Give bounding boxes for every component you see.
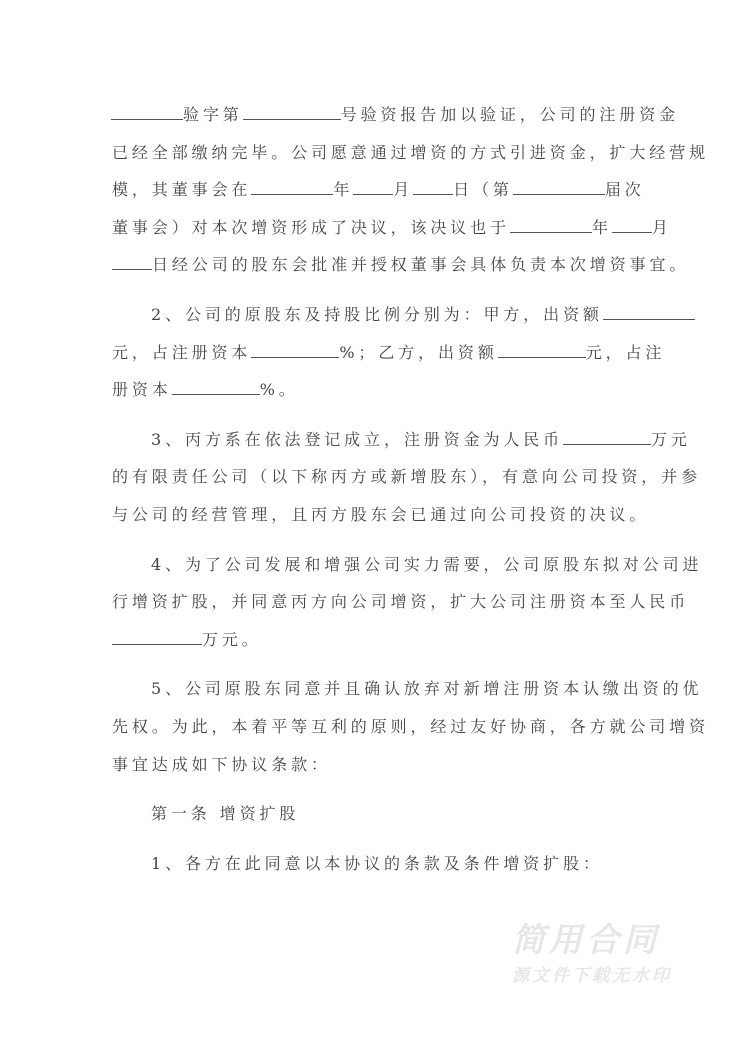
text: 先权。为此，本着平等互利的原则，经过友好协商，各方就公司增资 <box>112 717 709 736</box>
text: 日经公司的股东会批准并授权董事会具体负责本次增资事宜。 <box>152 255 689 274</box>
text-line: 与公司的经营管理，且丙方股东会已通过向公司投资的决议。 <box>112 496 632 534</box>
text: 号验资报告加以验证，公司的注册资金 <box>341 105 679 124</box>
document-body: 验字第号验资报告加以验证，公司的注册资金 已经全部缴纳完毕。公司愿意通过增资的方… <box>112 96 632 894</box>
text: 年 <box>592 218 612 237</box>
paragraph-original-shareholders: 2、公司的原股东及持股比例分别为：甲方，出资额 元，占注册资本%；乙方，出资额元… <box>112 296 632 409</box>
text: 册资本 <box>112 380 172 399</box>
paragraph-preemptive-waiver: 5、公司原股东同意并且确认放弃对新增注册资本认缴出资的优 先权。为此，本着平等互… <box>112 670 632 783</box>
text: 行增资扩股，并同意丙方向公司增资，扩大公司注册资本至人民币 <box>112 592 689 611</box>
document-page: 验字第号验资报告加以验证，公司的注册资金 已经全部缴纳完毕。公司愿意通过增资的方… <box>0 0 742 1049</box>
text-line: 先权。为此，本着平等互利的原则，经过友好协商，各方就公司增资 <box>112 708 632 746</box>
text: 月 <box>393 180 413 199</box>
text: %。 <box>260 380 299 399</box>
fill-blank[interactable] <box>251 180 333 195</box>
text: 与公司的经营管理，且丙方股东会已通过向公司投资的决议。 <box>112 505 649 524</box>
fill-blank[interactable] <box>413 180 453 195</box>
text-line: 董事会）对本次增资形成了决议，该决议也于年月 <box>112 209 632 247</box>
text: 年 <box>333 180 353 199</box>
text: 董事会）对本次增资形成了决议，该决议也于 <box>112 218 510 237</box>
text: 元，占注册资本 <box>112 343 251 362</box>
fill-blank[interactable] <box>603 305 695 320</box>
text: 模，其董事会在 <box>112 180 251 199</box>
text-line: 4、为了公司发展和增强公司实力需要，公司原股东拟对公司进 <box>112 546 632 584</box>
text-line: 行增资扩股，并同意丙方向公司增资，扩大公司注册资本至人民币 <box>112 583 632 621</box>
text-line: 2、公司的原股东及持股比例分别为：甲方，出资额 <box>112 296 632 334</box>
fill-blank[interactable] <box>112 255 152 270</box>
text-line: 元，占注册资本%；乙方，出资额元，占注 <box>112 334 632 372</box>
text: 元，占注 <box>586 343 666 362</box>
paragraph-verification: 验字第号验资报告加以验证，公司的注册资金 已经全部缴纳完毕。公司愿意通过增资的方… <box>112 96 632 284</box>
text-line: 验字第号验资报告加以验证，公司的注册资金 <box>111 96 632 134</box>
clause-text: 1、各方在此同意以本协议的条款及条件增资扩股： <box>112 845 632 883</box>
text: %；乙方，出资额 <box>339 343 497 362</box>
fill-blank[interactable] <box>353 180 393 195</box>
fill-blank[interactable] <box>563 430 651 445</box>
text-line: 已经全部缴纳完毕。公司愿意通过增资的方式引进资金，扩大经营规 <box>112 134 632 172</box>
text: 2、公司的原股东及持股比例分别为：甲方，出资额 <box>151 305 603 324</box>
text: 日（第 <box>453 180 513 199</box>
text: 月 <box>652 218 672 237</box>
paragraph-capital-increase: 4、为了公司发展和增强公司实力需要，公司原股东拟对公司进 行增资扩股，并同意丙方… <box>112 546 632 659</box>
article-heading: 第一条 增资扩股 <box>112 795 632 833</box>
text-line: 5、公司原股东同意并且确认放弃对新增注册资本认缴出资的优 <box>112 670 632 708</box>
text: 已经全部缴纳完毕。公司愿意通过增资的方式引进资金，扩大经营规 <box>112 143 709 162</box>
fill-blank[interactable] <box>513 180 605 195</box>
text: 3、丙方系在依法登记成立，注册资金为人民币 <box>151 430 563 449</box>
watermark: 简用合同 源文件下载无水印 <box>512 918 712 990</box>
text: 事宜达成如下协议条款： <box>112 755 331 774</box>
fill-blank[interactable] <box>112 630 202 645</box>
text: 万元 <box>651 430 691 449</box>
paragraph-party-c: 3、丙方系在依法登记成立，注册资金为人民币万元 的有限责任公司（以下称丙方或新增… <box>112 421 632 534</box>
watermark-tagline: 源文件下载无水印 <box>512 962 712 990</box>
fill-blank[interactable] <box>251 343 339 358</box>
text-line: 3、丙方系在依法登记成立，注册资金为人民币万元 <box>112 421 632 459</box>
text-line: 册资本%。 <box>112 371 632 409</box>
fill-blank[interactable] <box>243 105 341 120</box>
text: 4、为了公司发展和增强公司实力需要，公司原股东拟对公司进 <box>151 555 702 574</box>
text: 万元。 <box>202 630 262 649</box>
text: 5、公司原股东同意并且确认放弃对新增注册资本认缴出资的优 <box>151 679 702 698</box>
text: 的有限责任公司（以下称丙方或新增股东），有意向公司投资，并参 <box>112 467 701 486</box>
text-line: 模，其董事会在年月日（第届次 <box>112 171 632 209</box>
fill-blank[interactable] <box>111 105 183 120</box>
watermark-brand: 简用合同 <box>512 918 712 962</box>
text-line: 事宜达成如下协议条款： <box>112 746 632 784</box>
text: 验字第 <box>183 105 243 124</box>
text-line: 日经公司的股东会批准并授权董事会具体负责本次增资事宜。 <box>112 246 632 284</box>
text: 届次 <box>605 180 645 199</box>
text-line: 万元。 <box>112 621 632 659</box>
text-line: 的有限责任公司（以下称丙方或新增股东），有意向公司投资，并参 <box>112 458 632 496</box>
fill-blank[interactable] <box>172 380 260 395</box>
fill-blank[interactable] <box>510 218 592 233</box>
fill-blank[interactable] <box>612 218 652 233</box>
fill-blank[interactable] <box>498 343 586 358</box>
